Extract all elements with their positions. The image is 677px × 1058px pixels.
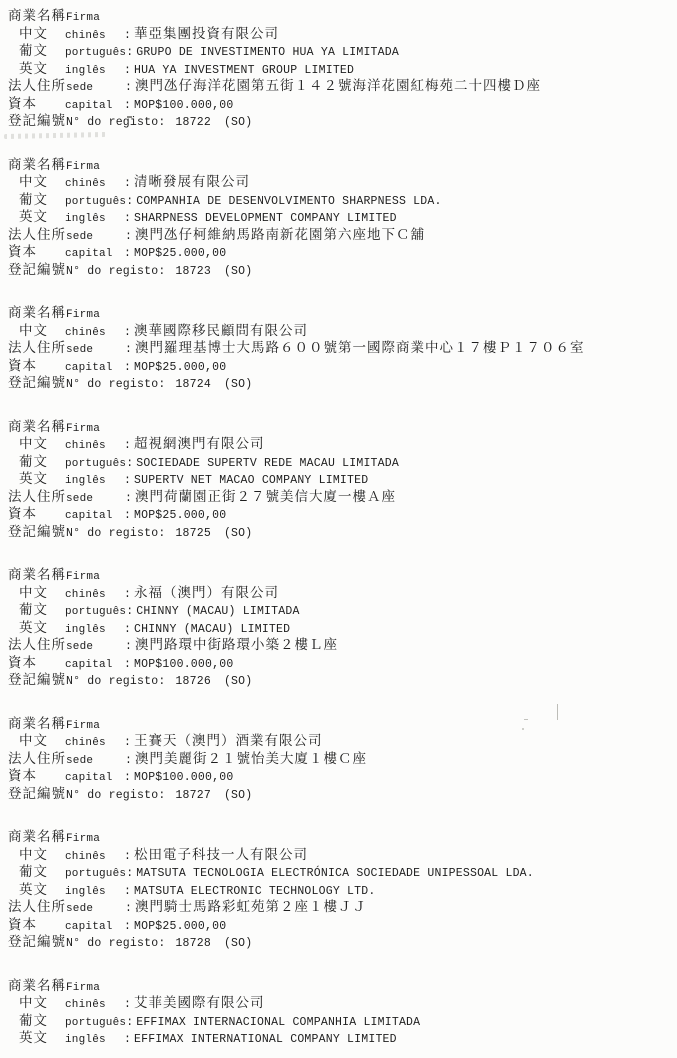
capital-value: MOP$25.000,00: [134, 920, 226, 933]
label-ingles: inglês: [65, 1034, 124, 1046]
registration-number-value: 18724: [175, 378, 211, 391]
label-ingles: inglês: [65, 213, 124, 225]
row-registration-number: 登記編號 N° do registo: 18723 (SO): [8, 258, 677, 276]
portuguese-name-value: CHINNY (MACAU) LIMITADA: [136, 605, 299, 618]
row-english-name: 英文 inglês : EFFIMAX INTERNATIONAL COMPAN…: [8, 1026, 677, 1044]
chinese-name-value: 艾菲美國際有限公司: [134, 991, 265, 1011]
label-registo-pt: N° do registo:: [66, 937, 165, 950]
company-entry-8: 商業名稱 Firma 中文 chinês : 艾菲美國際有限公司 葡文 port…: [8, 974, 677, 1044]
colon: :: [125, 343, 135, 356]
registered-office-value: 澳門氹仔柯維納馬路南新花園第六座地下Ｃ舖: [135, 223, 425, 243]
row-registration-number: 登記編號 N° do registo: 18726 (SO): [8, 668, 677, 686]
chinese-name-value: 清晰發展有限公司: [134, 170, 250, 190]
portuguese-name-value: MATSUTA TECNOLOGIA ELECTRÓNICA SOCIEDADE…: [136, 867, 534, 880]
label-firma-pt: Firma: [66, 12, 125, 24]
label-chines: chinês: [65, 178, 124, 190]
registered-office-value: 澳門氹仔海洋花園第五街１４２號海洋花園紅梅苑二十四樓Ｄ座: [135, 74, 541, 94]
row-english-name: 英文 inglês : HUA YA INVESTMENT GROUP LIMI…: [8, 57, 677, 75]
registered-office-value: 澳門路環中街路環小築２樓Ｌ座: [135, 633, 338, 653]
registration-suffix: (SO): [224, 937, 252, 950]
label-registo-zh: 登記編號: [8, 258, 66, 278]
label-ingles: inglês: [65, 886, 124, 898]
colon: :: [124, 920, 134, 933]
chinese-name-value: 華亞集團投資有限公司: [134, 22, 279, 42]
portuguese-name-value: GRUPO DE INVESTIMENTO HUA YA LIMITADA: [136, 46, 399, 59]
label-sede-pt: sede: [66, 344, 125, 356]
company-entry-3: 商業名稱 Firma 中文 chinês : 澳華國際移民顧問有限公司 法人住所…: [8, 301, 677, 389]
label-sede-pt: sede: [66, 641, 125, 653]
label-chines: chinês: [65, 999, 124, 1011]
label-registo-pt: N° do registo:: [66, 789, 165, 802]
registration-suffix: (SO): [224, 527, 252, 540]
chinese-name-value: 松田電子科技一人有限公司: [134, 843, 308, 863]
row-registered-office: 法人住所 sede : 澳門氹仔柯維納馬路南新花園第六座地下Ｃ舖: [8, 223, 677, 241]
label-ingles: inglês: [65, 624, 124, 636]
row-portuguese-name: 葡文 português : CHINNY (MACAU) LIMITADA: [8, 598, 677, 616]
colon: :: [124, 736, 134, 749]
registered-office-value: 澳門美麗街２１號怡美大廈１樓Ｃ座: [135, 747, 367, 767]
colon: :: [124, 771, 134, 784]
colon: :: [126, 605, 136, 618]
row-chinese-name: 中文 chinês : 艾菲美國際有限公司: [8, 991, 677, 1009]
label-chines: chinês: [65, 327, 124, 339]
label-sede-pt: sede: [66, 903, 125, 915]
capital-value: MOP$100.000,00: [134, 99, 233, 112]
row-firma: 商業名稱 Firma: [8, 415, 677, 433]
label-capital-pt: capital: [65, 100, 124, 112]
label-firma-pt: Firma: [66, 161, 125, 173]
colon: :: [124, 474, 134, 487]
portuguese-name-value: EFFIMAX INTERNACIONAL COMPANHIA LIMITADA: [136, 1016, 420, 1029]
row-registration-number: 登記編號 N° do registo: 18722 (SO): [8, 109, 677, 127]
label-firma-pt: Firma: [66, 571, 125, 583]
row-english-name: 英文 inglês : MATSUTA ELECTRONIC TECHNOLOG…: [8, 878, 677, 896]
row-portuguese-name: 葡文 português : COMPANHIA DE DESENVOLVIME…: [8, 188, 677, 206]
scanner-dot-artifact: [524, 719, 528, 720]
capital-value: MOP$100.000,00: [134, 658, 233, 671]
label-firma-pt: Firma: [66, 309, 125, 321]
label-registo-zh: 登記編號: [8, 371, 66, 391]
row-portuguese-name: 葡文 português : MATSUTA TECNOLOGIA ELECTR…: [8, 860, 677, 878]
colon: :: [124, 64, 134, 77]
row-capital: 資本 capital : MOP$25.000,00: [8, 502, 677, 520]
scanner-dot-artifact-2: [522, 728, 524, 730]
row-firma: 商業名稱 Firma: [8, 825, 677, 843]
colon: :: [126, 1016, 136, 1029]
colon: :: [125, 902, 135, 915]
row-chinese-name: 中文 chinês : 清晰發展有限公司: [8, 170, 677, 188]
label-capital-pt: capital: [65, 659, 124, 671]
label-capital-pt: capital: [65, 921, 124, 933]
registration-suffix: (SO): [224, 116, 252, 129]
label-ingles: inglês: [65, 65, 124, 77]
row-chinese-name: 中文 chinês : 華亞集團投資有限公司: [8, 22, 677, 40]
scanner-smudge-artifact: [4, 132, 106, 139]
label-registo-zh: 登記編號: [8, 109, 66, 129]
colon: :: [124, 29, 134, 42]
registered-office-value: 澳門荷蘭園正街２７號美信大廈一樓Ａ座: [135, 485, 396, 505]
registration-suffix: (SO): [224, 789, 252, 802]
scanner-mark-artifact: [127, 116, 132, 118]
label-chines: chinês: [65, 737, 124, 749]
company-entry-7: 商業名稱 Firma 中文 chinês : 松田電子科技一人有限公司 葡文 p…: [8, 825, 677, 948]
registration-number-value: 18727: [175, 789, 211, 802]
label-firma-pt: Firma: [66, 720, 125, 732]
label-capital-pt: capital: [65, 772, 124, 784]
company-entry-5: 商業名稱 Firma 中文 chinês : 永福（澳門）有限公司 葡文 por…: [8, 563, 677, 686]
colon: :: [124, 623, 134, 636]
label-registo-pt: N° do registo:: [66, 116, 165, 129]
company-entry-6: 商業名稱 Firma 中文 chinês : 王賽天（澳門）酒業有限公司 法人住…: [8, 712, 677, 800]
row-capital: 資本 capital : MOP$25.000,00: [8, 354, 677, 372]
row-english-name: 英文 inglês : SUPERTV NET MACAO COMPANY LI…: [8, 467, 677, 485]
registration-suffix: (SO): [224, 378, 252, 391]
row-firma: 商業名稱 Firma: [8, 301, 677, 319]
label-portugues: português: [65, 47, 126, 59]
registration-number-value: 18728: [175, 937, 211, 950]
label-chines: chinês: [65, 440, 124, 452]
colon: :: [126, 46, 136, 59]
row-firma: 商業名稱 Firma: [8, 563, 677, 581]
label-registo-zh: 登記編號: [8, 668, 66, 688]
label-firma-pt: Firma: [66, 982, 125, 994]
colon: :: [124, 850, 134, 863]
colon: :: [124, 885, 134, 898]
label-portugues: português: [65, 458, 126, 470]
label-sede-pt: sede: [66, 82, 125, 94]
label-capital-pt: capital: [65, 248, 124, 260]
label-ingles: inglês: [65, 475, 124, 487]
row-english-name: 英文 inglês : CHINNY (MACAU) LIMITED: [8, 616, 677, 634]
colon: :: [124, 1033, 134, 1046]
row-registered-office: 法人住所 sede : 澳門氹仔海洋花園第五街１４２號海洋花園紅梅苑二十四樓Ｄ座: [8, 74, 677, 92]
row-chinese-name: 中文 chinês : 澳華國際移民顧問有限公司: [8, 319, 677, 337]
company-entry-1: 商業名稱 Firma 中文 chinês : 華亞集團投資有限公司 葡文 por…: [8, 4, 677, 127]
chinese-name-value: 超視網澳門有限公司: [134, 432, 265, 452]
company-entry-2: 商業名稱 Firma 中文 chinês : 清晰發展有限公司 葡文 portu…: [8, 153, 677, 276]
row-registration-number: 登記編號 N° do registo: 18724 (SO): [8, 371, 677, 389]
capital-value: MOP$25.000,00: [134, 361, 226, 374]
row-portuguese-name: 葡文 português : SOCIEDADE SUPERTV REDE MA…: [8, 450, 677, 468]
label-registo-pt: N° do registo:: [66, 675, 165, 688]
row-registered-office: 法人住所 sede : 澳門路環中街路環小築２樓Ｌ座: [8, 633, 677, 651]
row-capital: 資本 capital : MOP$25.000,00: [8, 240, 677, 258]
portuguese-name-value: SOCIEDADE SUPERTV REDE MACAU LIMITADA: [136, 457, 399, 470]
label-sede-pt: sede: [66, 493, 125, 505]
label-portugues: português: [65, 196, 126, 208]
scanner-tick-artifact: [557, 704, 558, 720]
label-capital-pt: capital: [65, 510, 124, 522]
row-registered-office: 法人住所 sede : 澳門羅理基博士大馬路６００號第一國際商業中心１７樓Ｐ１７…: [8, 336, 677, 354]
portuguese-name-value: COMPANHIA DE DESENVOLVIMENTO SHARPNESS L…: [136, 195, 441, 208]
company-entry-4: 商業名稱 Firma 中文 chinês : 超視網澳門有限公司 葡文 port…: [8, 415, 677, 538]
colon: :: [126, 195, 136, 208]
registration-number-value: 18725: [175, 527, 211, 540]
label-registo-zh: 登記編號: [8, 520, 66, 540]
colon: :: [126, 867, 136, 880]
colon: :: [124, 99, 134, 112]
label-chines: chinês: [65, 851, 124, 863]
capital-value: MOP$25.000,00: [134, 509, 226, 522]
row-capital: 資本 capital : MOP$100.000,00: [8, 764, 677, 782]
colon: :: [124, 998, 134, 1011]
colon: :: [124, 509, 134, 522]
colon: :: [125, 230, 135, 243]
colon: :: [126, 457, 136, 470]
row-registration-number: 登記編號 N° do registo: 18725 (SO): [8, 520, 677, 538]
label-chines: chinês: [65, 589, 124, 601]
colon: :: [124, 439, 134, 452]
row-firma: 商業名稱 Firma: [8, 712, 677, 730]
colon: :: [124, 177, 134, 190]
colon: :: [124, 212, 134, 225]
row-registration-number: 登記編號 N° do registo: 18727 (SO): [8, 782, 677, 800]
registered-office-value: 澳門騎士馬路彩虹苑第２座１樓ＪＪ: [135, 895, 367, 915]
row-registered-office: 法人住所 sede : 澳門騎士馬路彩虹苑第２座１樓ＪＪ: [8, 895, 677, 913]
colon: :: [124, 588, 134, 601]
label-chines: chinês: [65, 30, 124, 42]
label-firma-pt: Firma: [66, 423, 125, 435]
row-chinese-name: 中文 chinês : 松田電子科技一人有限公司: [8, 843, 677, 861]
capital-value: MOP$25.000,00: [134, 247, 226, 260]
label-sede-pt: sede: [66, 755, 125, 767]
colon: :: [124, 658, 134, 671]
colon: :: [125, 640, 135, 653]
capital-value: MOP$100.000,00: [134, 771, 233, 784]
row-portuguese-name: 葡文 português : GRUPO DE INVESTIMENTO HUA…: [8, 39, 677, 57]
registry-document-page: 商業名稱 Firma 中文 chinês : 華亞集團投資有限公司 葡文 por…: [0, 0, 677, 1058]
row-registration-number: 登記編號 N° do registo: 18728 (SO): [8, 930, 677, 948]
label-portugues: português: [65, 1017, 126, 1029]
row-capital: 資本 capital : MOP$25.000,00: [8, 913, 677, 931]
registration-number-value: 18723: [175, 265, 211, 278]
colon: :: [125, 492, 135, 505]
registration-suffix: (SO): [224, 265, 252, 278]
english-name-value: EFFIMAX INTERNATIONAL COMPANY LIMITED: [134, 1033, 397, 1046]
label-portugues: português: [65, 606, 126, 618]
row-firma: 商業名稱 Firma: [8, 4, 677, 22]
label-capital-pt: capital: [65, 362, 124, 374]
label-registo-zh: 登記編號: [8, 930, 66, 950]
row-portuguese-name: 葡文 português : EFFIMAX INTERNACIONAL COM…: [8, 1009, 677, 1027]
label-sede-pt: sede: [66, 231, 125, 243]
registration-number-value: 18722: [175, 116, 211, 129]
label-registo-zh: 登記編號: [8, 782, 66, 802]
colon: :: [124, 247, 134, 260]
registered-office-value: 澳門羅理基博士大馬路６００號第一國際商業中心１７樓Ｐ１７０６室: [135, 336, 585, 356]
row-registered-office: 法人住所 sede : 澳門荷蘭園正街２７號美信大廈一樓Ａ座: [8, 485, 677, 503]
row-firma: 商業名稱 Firma: [8, 153, 677, 171]
label-firma-pt: Firma: [66, 833, 125, 845]
row-firma: 商業名稱 Firma: [8, 974, 677, 992]
colon: :: [124, 326, 134, 339]
label-portugues: português: [65, 868, 126, 880]
registration-suffix: (SO): [224, 675, 252, 688]
row-english-name: 英文 inglês : SHARPNESS DEVELOPMENT COMPAN…: [8, 205, 677, 223]
row-chinese-name: 中文 chinês : 永福（澳門）有限公司: [8, 581, 677, 599]
row-registered-office: 法人住所 sede : 澳門美麗街２１號怡美大廈１樓Ｃ座: [8, 747, 677, 765]
label-registo-pt: N° do registo:: [66, 527, 165, 540]
colon: :: [125, 754, 135, 767]
colon: :: [125, 81, 135, 94]
label-registo-pt: N° do registo:: [66, 265, 165, 278]
row-chinese-name: 中文 chinês : 超視網澳門有限公司: [8, 432, 677, 450]
row-capital: 資本 capital : MOP$100.000,00: [8, 92, 677, 110]
row-chinese-name: 中文 chinês : 王賽天（澳門）酒業有限公司: [8, 729, 677, 747]
label-en: 英文: [8, 1026, 65, 1046]
label-registo-pt: N° do registo:: [66, 378, 165, 391]
colon: :: [124, 361, 134, 374]
row-capital: 資本 capital : MOP$100.000,00: [8, 651, 677, 669]
chinese-name-value: 永福（澳門）有限公司: [134, 581, 279, 601]
registration-number-value: 18726: [175, 675, 211, 688]
